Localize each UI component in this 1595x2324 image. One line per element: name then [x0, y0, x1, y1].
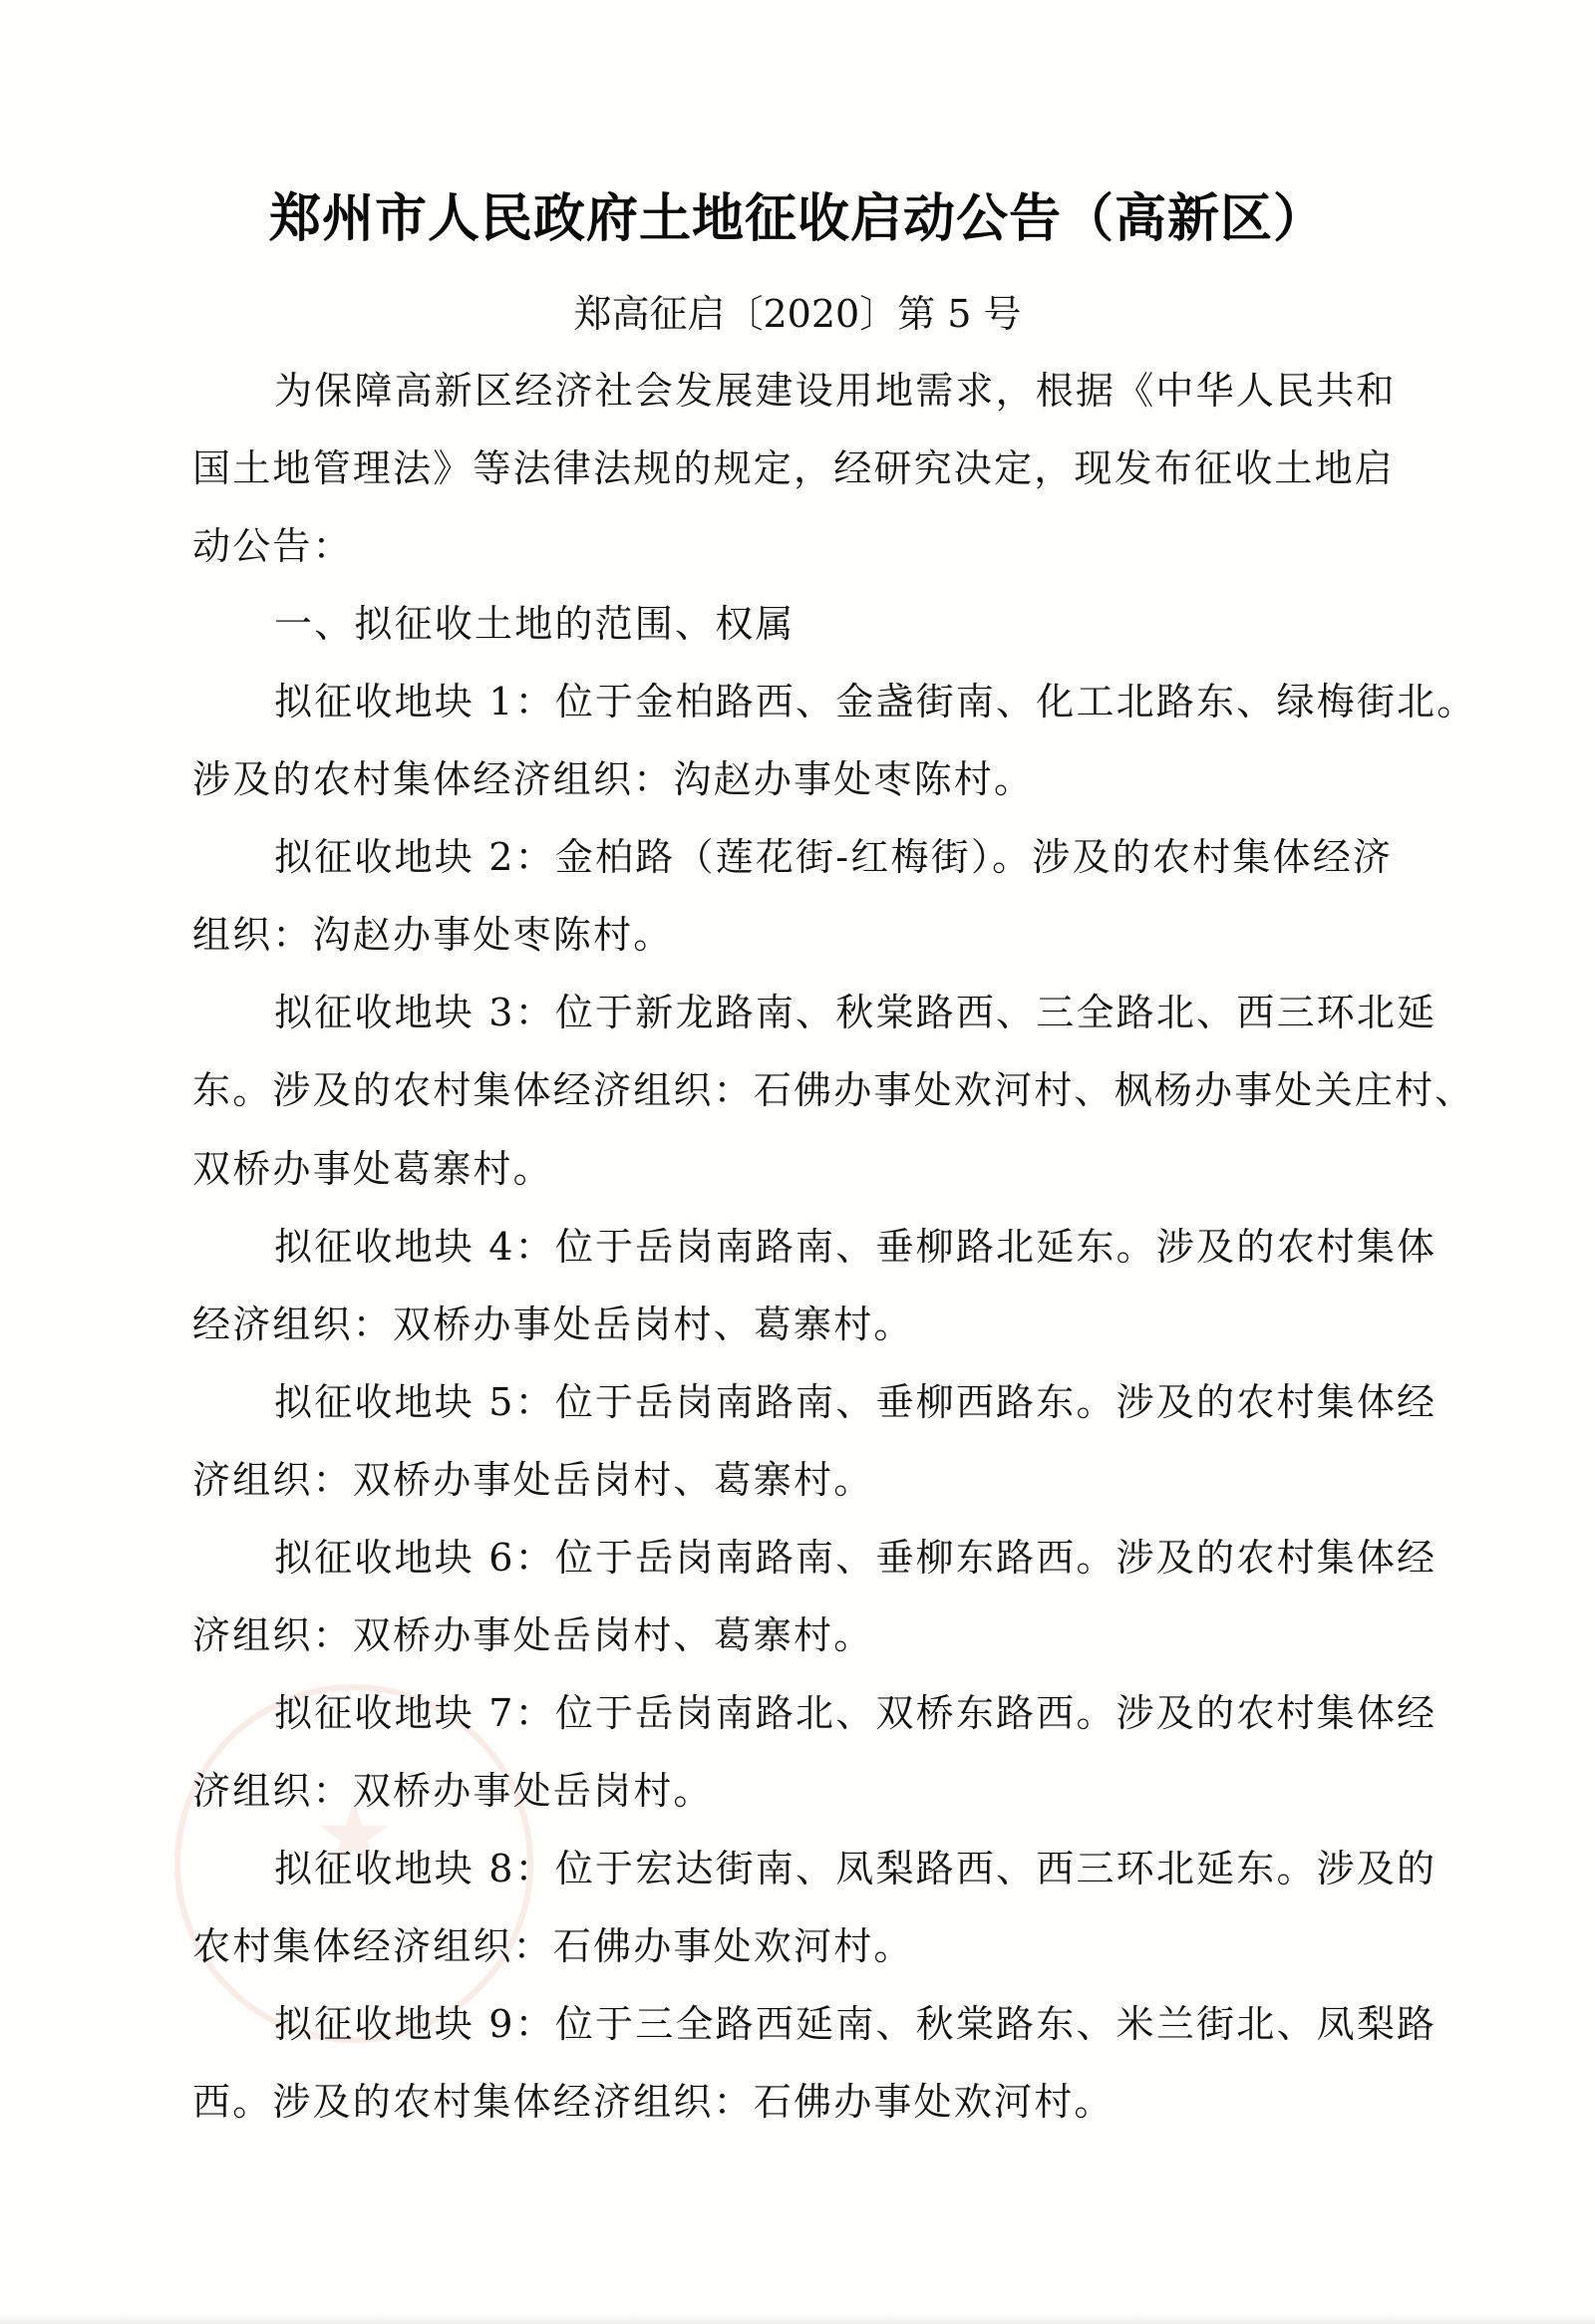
body-line: 组织：沟赵办事处枣陈村。 [192, 905, 1448, 965]
body-line: 拟征收地块 3：位于新龙路南、秋棠路西、三全路北、西三环北延 [274, 983, 1530, 1042]
body-line: 济组织：双桥办事处岳岗村、葛寨村。 [192, 1450, 1448, 1510]
body-line: 经济组织：双桥办事处岳岗村、葛寨村。 [192, 1295, 1448, 1354]
scanned-page: ★ 郑州市人民政府土地征收启动公告（高新区） 郑高征启〔2020〕第 5 号 为… [0, 0, 1595, 2324]
body-line: 拟征收地块 1：位于金柏路西、金盏街南、化工北路东、绿梅街北。 [274, 672, 1530, 731]
body-line: 动公告： [192, 516, 1448, 576]
body-line: 农村集体经济组织：石佛办事处欢河村。 [192, 1916, 1448, 1976]
body-line: 拟征收地块 6：位于岳岗南路南、垂柳东路西。涉及的农村集体经 [274, 1528, 1530, 1588]
page-edge [0, 2314, 1595, 2324]
body-line: 济组织：双桥办事处岳岗村、葛寨村。 [192, 1605, 1448, 1665]
body-line: 拟征收地块 9：位于三全路西延南、秋棠路东、米兰街北、凤梨路 [274, 1994, 1530, 2054]
body-line: 东。涉及的农村集体经济组织：石佛办事处欢河村、枫杨办事处关庄村、 [192, 1060, 1448, 1120]
body-line: 济组织：双桥办事处岳岗村。 [192, 1761, 1448, 1821]
body-line: 为保障高新区经济社会发展建设用地需求，根据《中华人民共和 [274, 361, 1530, 421]
body-line: 拟征收地块 5：位于岳岗南路南、垂柳西路东。涉及的农村集体经 [274, 1372, 1530, 1432]
body-line: 涉及的农村集体经济组织：沟赵办事处枣陈村。 [192, 749, 1448, 809]
body-line: 一、拟征收土地的范围、权属 [274, 594, 1530, 654]
body-line: 拟征收地块 4：位于岳岗南路南、垂柳路北延东。涉及的农村集体 [274, 1217, 1530, 1277]
body-line: 国土地管理法》等法律法规的规定，经研究决定，现发布征收土地启 [192, 438, 1448, 498]
body-line: 拟征收地块 7：位于岳岗南路北、双桥东路西。涉及的农村集体经 [274, 1683, 1530, 1743]
document-number: 郑高征启〔2020〕第 5 号 [0, 291, 1595, 337]
body-line: 西。涉及的农村集体经济组织：石佛办事处欢河村。 [192, 2072, 1448, 2132]
document-title: 郑州市人民政府土地征收启动公告（高新区） [0, 189, 1595, 249]
body-line: 拟征收地块 8：位于宏达街南、凤梨路西、西三环北延东。涉及的 [274, 1839, 1530, 1898]
body-line: 拟征收地块 2：金柏路（莲花街-红梅街）。涉及的农村集体经济 [274, 827, 1530, 887]
body-line: 双桥办事处葛寨村。 [192, 1139, 1448, 1199]
